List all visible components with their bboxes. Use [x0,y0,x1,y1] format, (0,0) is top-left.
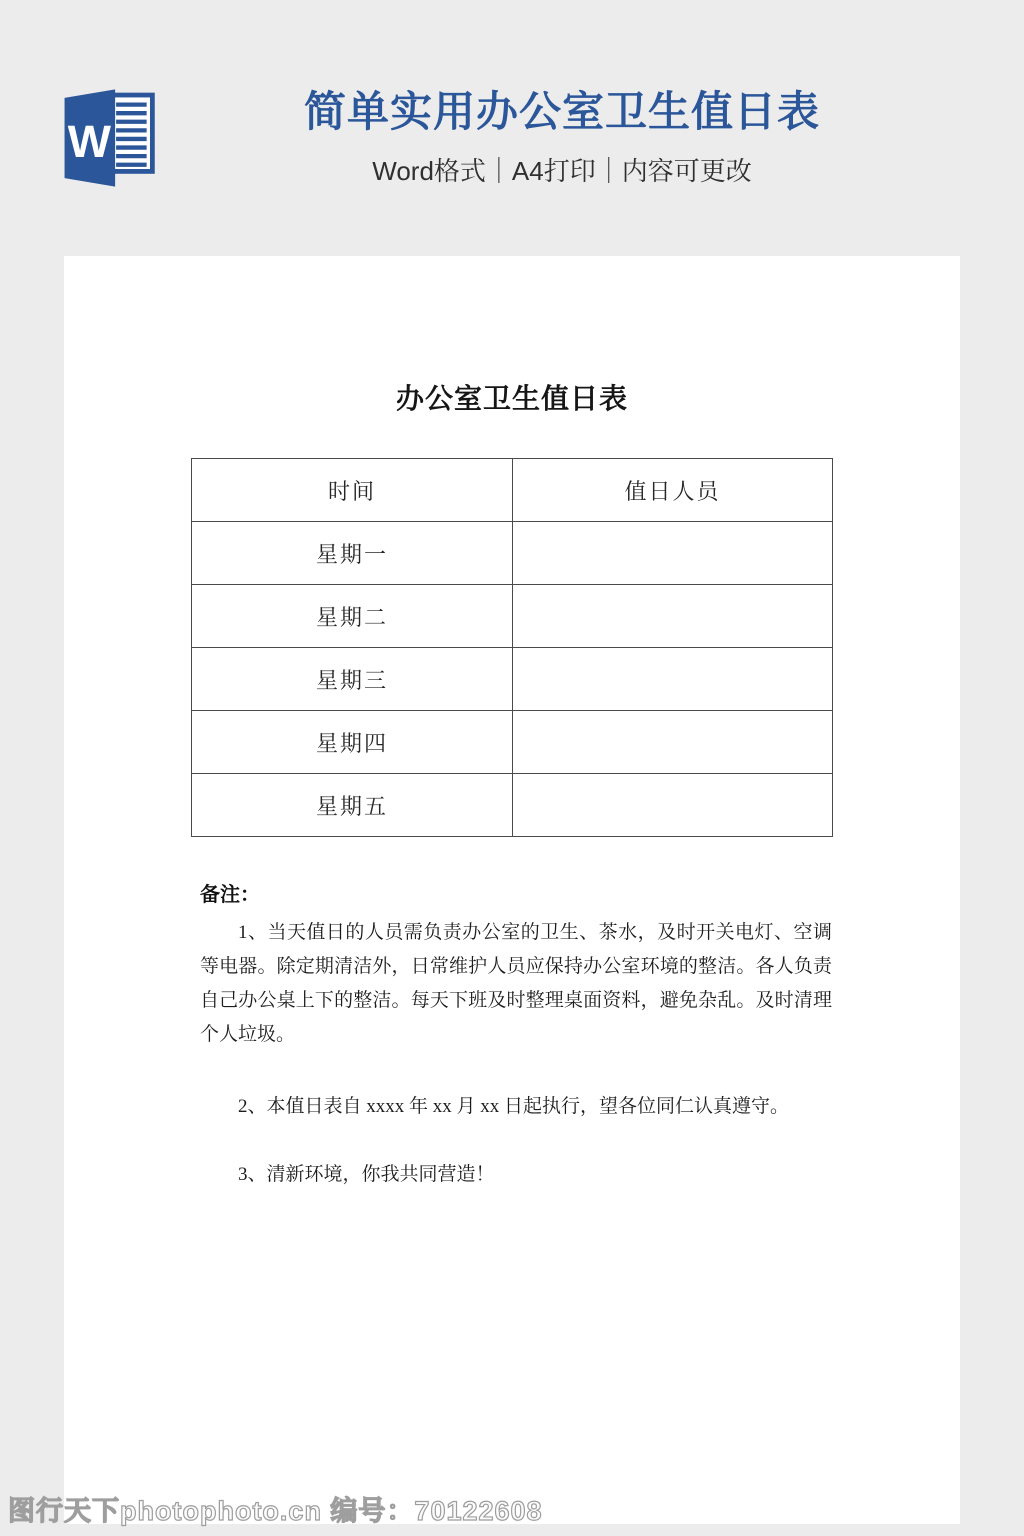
note-paragraph-2: 2、本值日表自 xxxx 年 xx 月 xx 日起执行，望各位同仁认真遵守。 [200,1090,832,1124]
document-title: 办公室卫生值日表 [64,377,960,417]
header-banner: W 简单实用办公室卫生值日表 Word格式｜A4打印｜内容可更改 [0,0,1024,256]
person-cell [513,648,833,711]
day-cell: 星期三 [192,648,513,711]
table-header-row: 时间 值日人员 [192,459,833,522]
column-header-time: 时间 [192,459,513,522]
person-cell [513,711,833,774]
table-row-friday: 星期五 [192,774,833,837]
watermark-text: 图行天下photophoto.cn 编号：70122608 [8,1489,543,1528]
table-row-thursday: 星期四 [192,711,833,774]
banner-subtitle: Word格式｜A4打印｜内容可更改 [100,157,1024,185]
day-cell: 星期五 [192,774,513,837]
note-paragraph-3: 3、清新环境，你我共同营造！ [200,1158,832,1192]
person-cell [513,774,833,837]
person-cell [513,522,833,585]
duty-roster-table: 时间 值日人员 星期一 星期二 星期三 星期四 [191,458,833,837]
notes-label: 备注： [200,878,832,912]
person-cell [513,585,833,648]
table-row-monday: 星期一 [192,522,833,585]
table-row-tuesday: 星期二 [192,585,833,648]
day-cell: 星期四 [192,711,513,774]
poster-canvas: W 简单实用办公室卫生值日表 Word格式｜A4打印｜内容可更改 办公室卫生值日… [0,0,1024,1536]
table-row-wednesday: 星期三 [192,648,833,711]
note-paragraph-1: 1、当天值日的人员需负责办公室的卫生、茶水，及时开关电灯、空调等电器。除定期清洁… [200,916,832,1052]
header-text-block: 简单实用办公室卫生值日表 Word格式｜A4打印｜内容可更改 [100,88,1024,185]
day-cell: 星期一 [192,522,513,585]
banner-title: 简单实用办公室卫生值日表 [100,88,1024,136]
column-header-person: 值日人员 [513,459,833,522]
document-page: 办公室卫生值日表 时间 值日人员 星期一 星期二 星期三 [64,256,960,1524]
notes-section: 备注： 1、当天值日的人员需负责办公室的卫生、茶水，及时开关电灯、空调等电器。除… [200,878,832,1192]
day-cell: 星期二 [192,585,513,648]
